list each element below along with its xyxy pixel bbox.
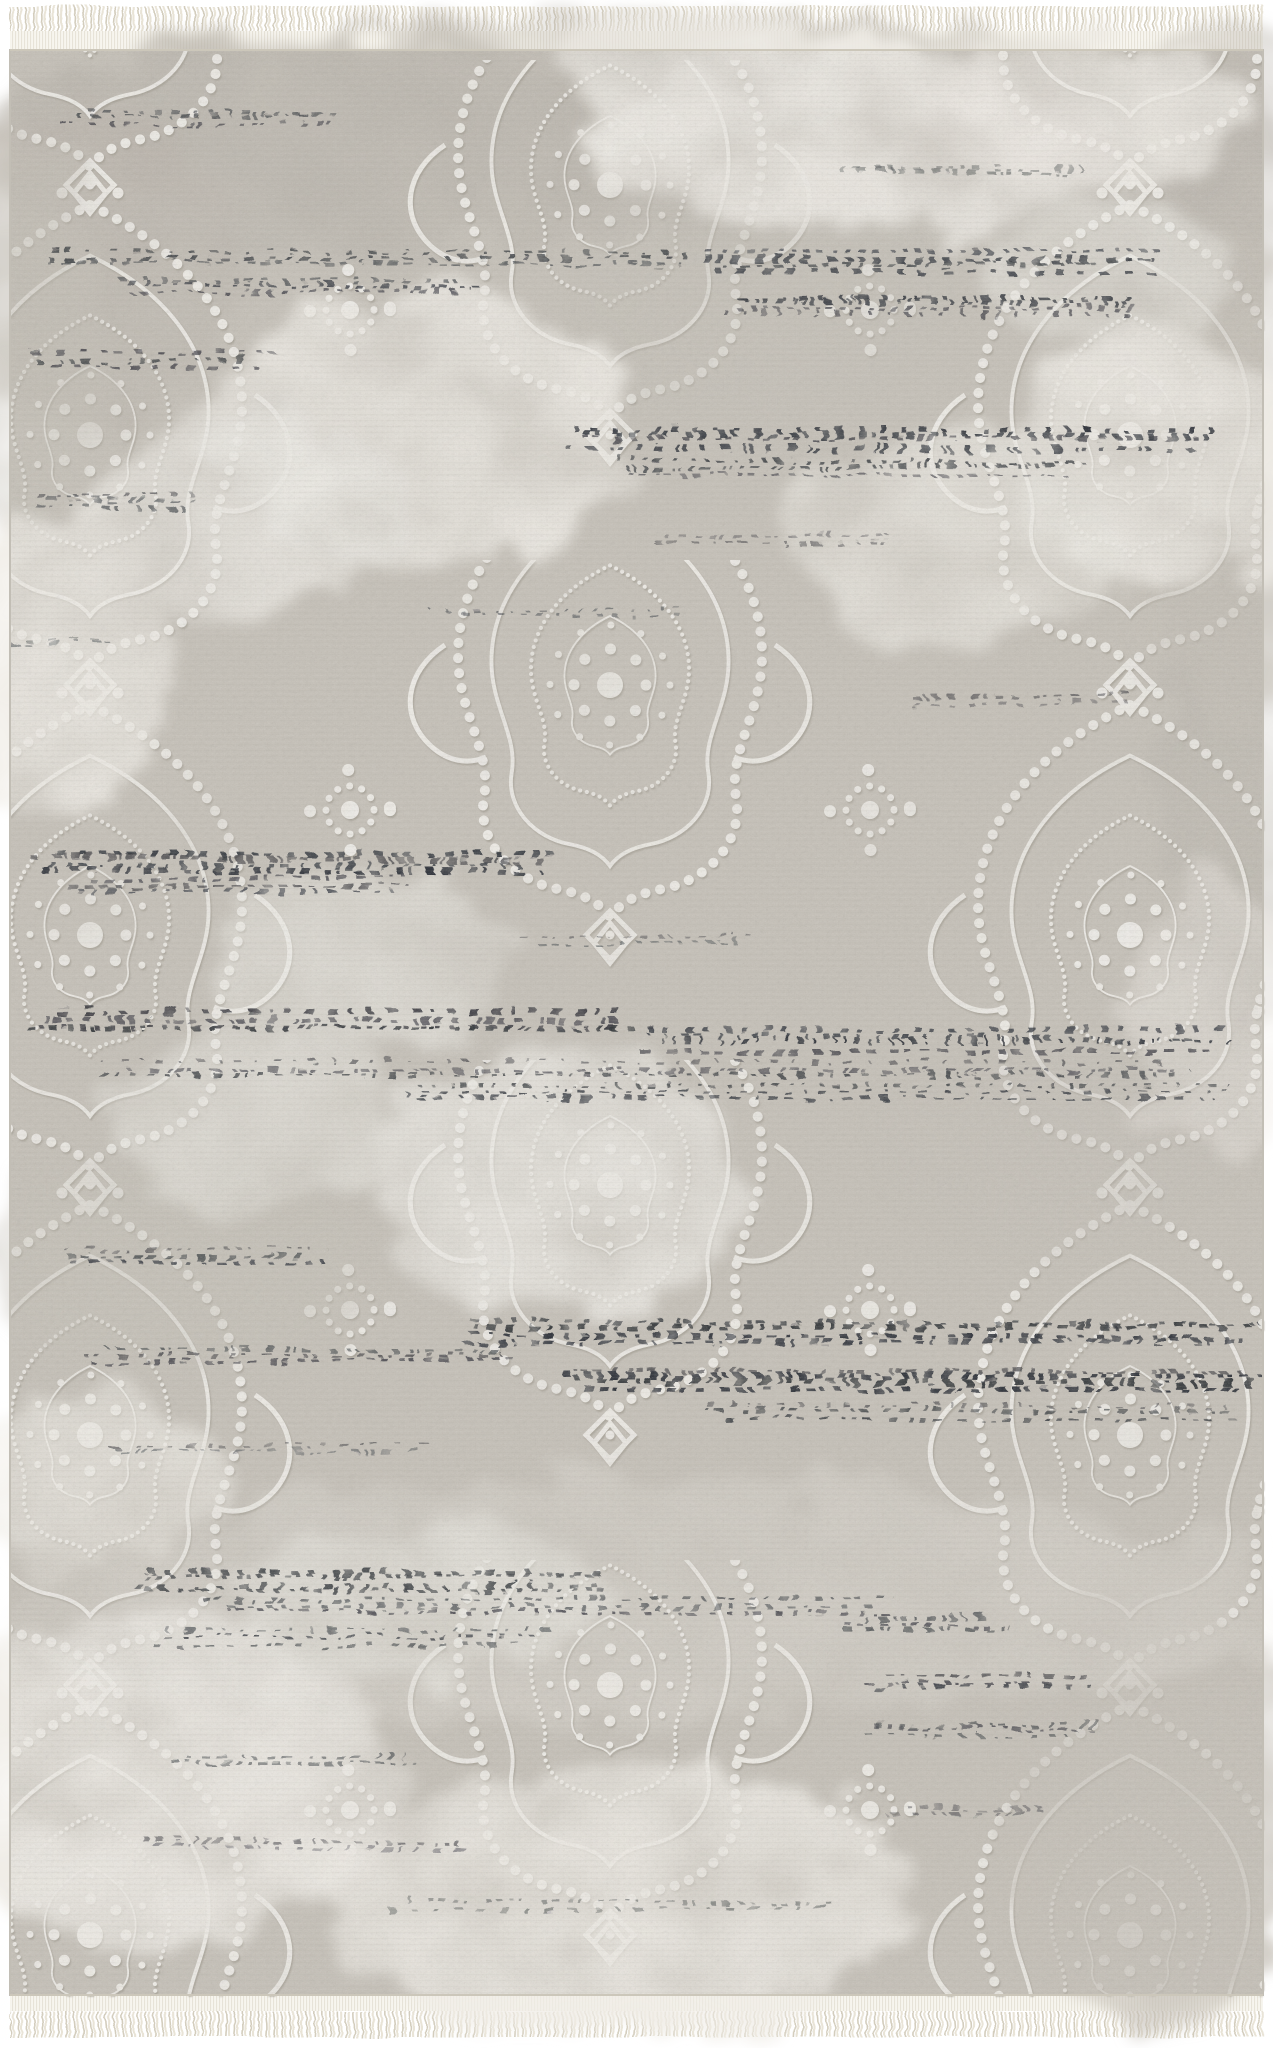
pile-grain-mid (10, 50, 1263, 1995)
rug-product-photo (0, 0, 1273, 2048)
rug-body (0, 20, 1273, 2030)
rug-photo-canvas (0, 0, 1273, 2048)
